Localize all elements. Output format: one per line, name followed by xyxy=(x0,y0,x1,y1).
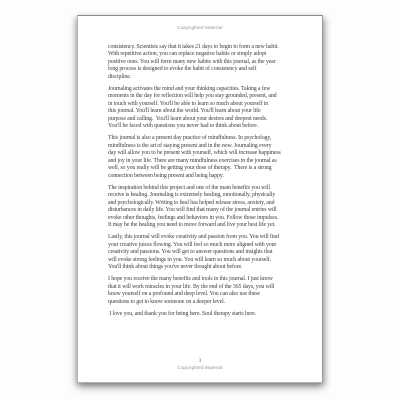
paragraph: Journaling activates the mind and your t… xyxy=(108,86,321,130)
paragraph: I love you, and thank you for being here… xyxy=(108,311,321,318)
copyright-header: Copyrighted Material xyxy=(78,25,322,31)
book-page: Copyrighted Material consistency. Scient… xyxy=(77,15,323,383)
copyright-footer: Copyrighted Material xyxy=(78,365,322,371)
book-preview-background: Copyrighted Material consistency. Scient… xyxy=(0,0,400,400)
page-footer: 3 Copyrighted Material xyxy=(78,359,322,371)
paragraph: Lastly, this journal will evoke creativi… xyxy=(108,234,321,271)
paragraph: This journal is also a present day pract… xyxy=(108,135,321,179)
paragraph: consistency. Scientists say that it take… xyxy=(108,44,321,81)
paragraph: The inspiration behind this project and … xyxy=(108,185,321,229)
page-body-text: consistency. Scientists say that it take… xyxy=(108,44,321,323)
paragraph: I hope you receive the many benefits and… xyxy=(108,276,321,306)
